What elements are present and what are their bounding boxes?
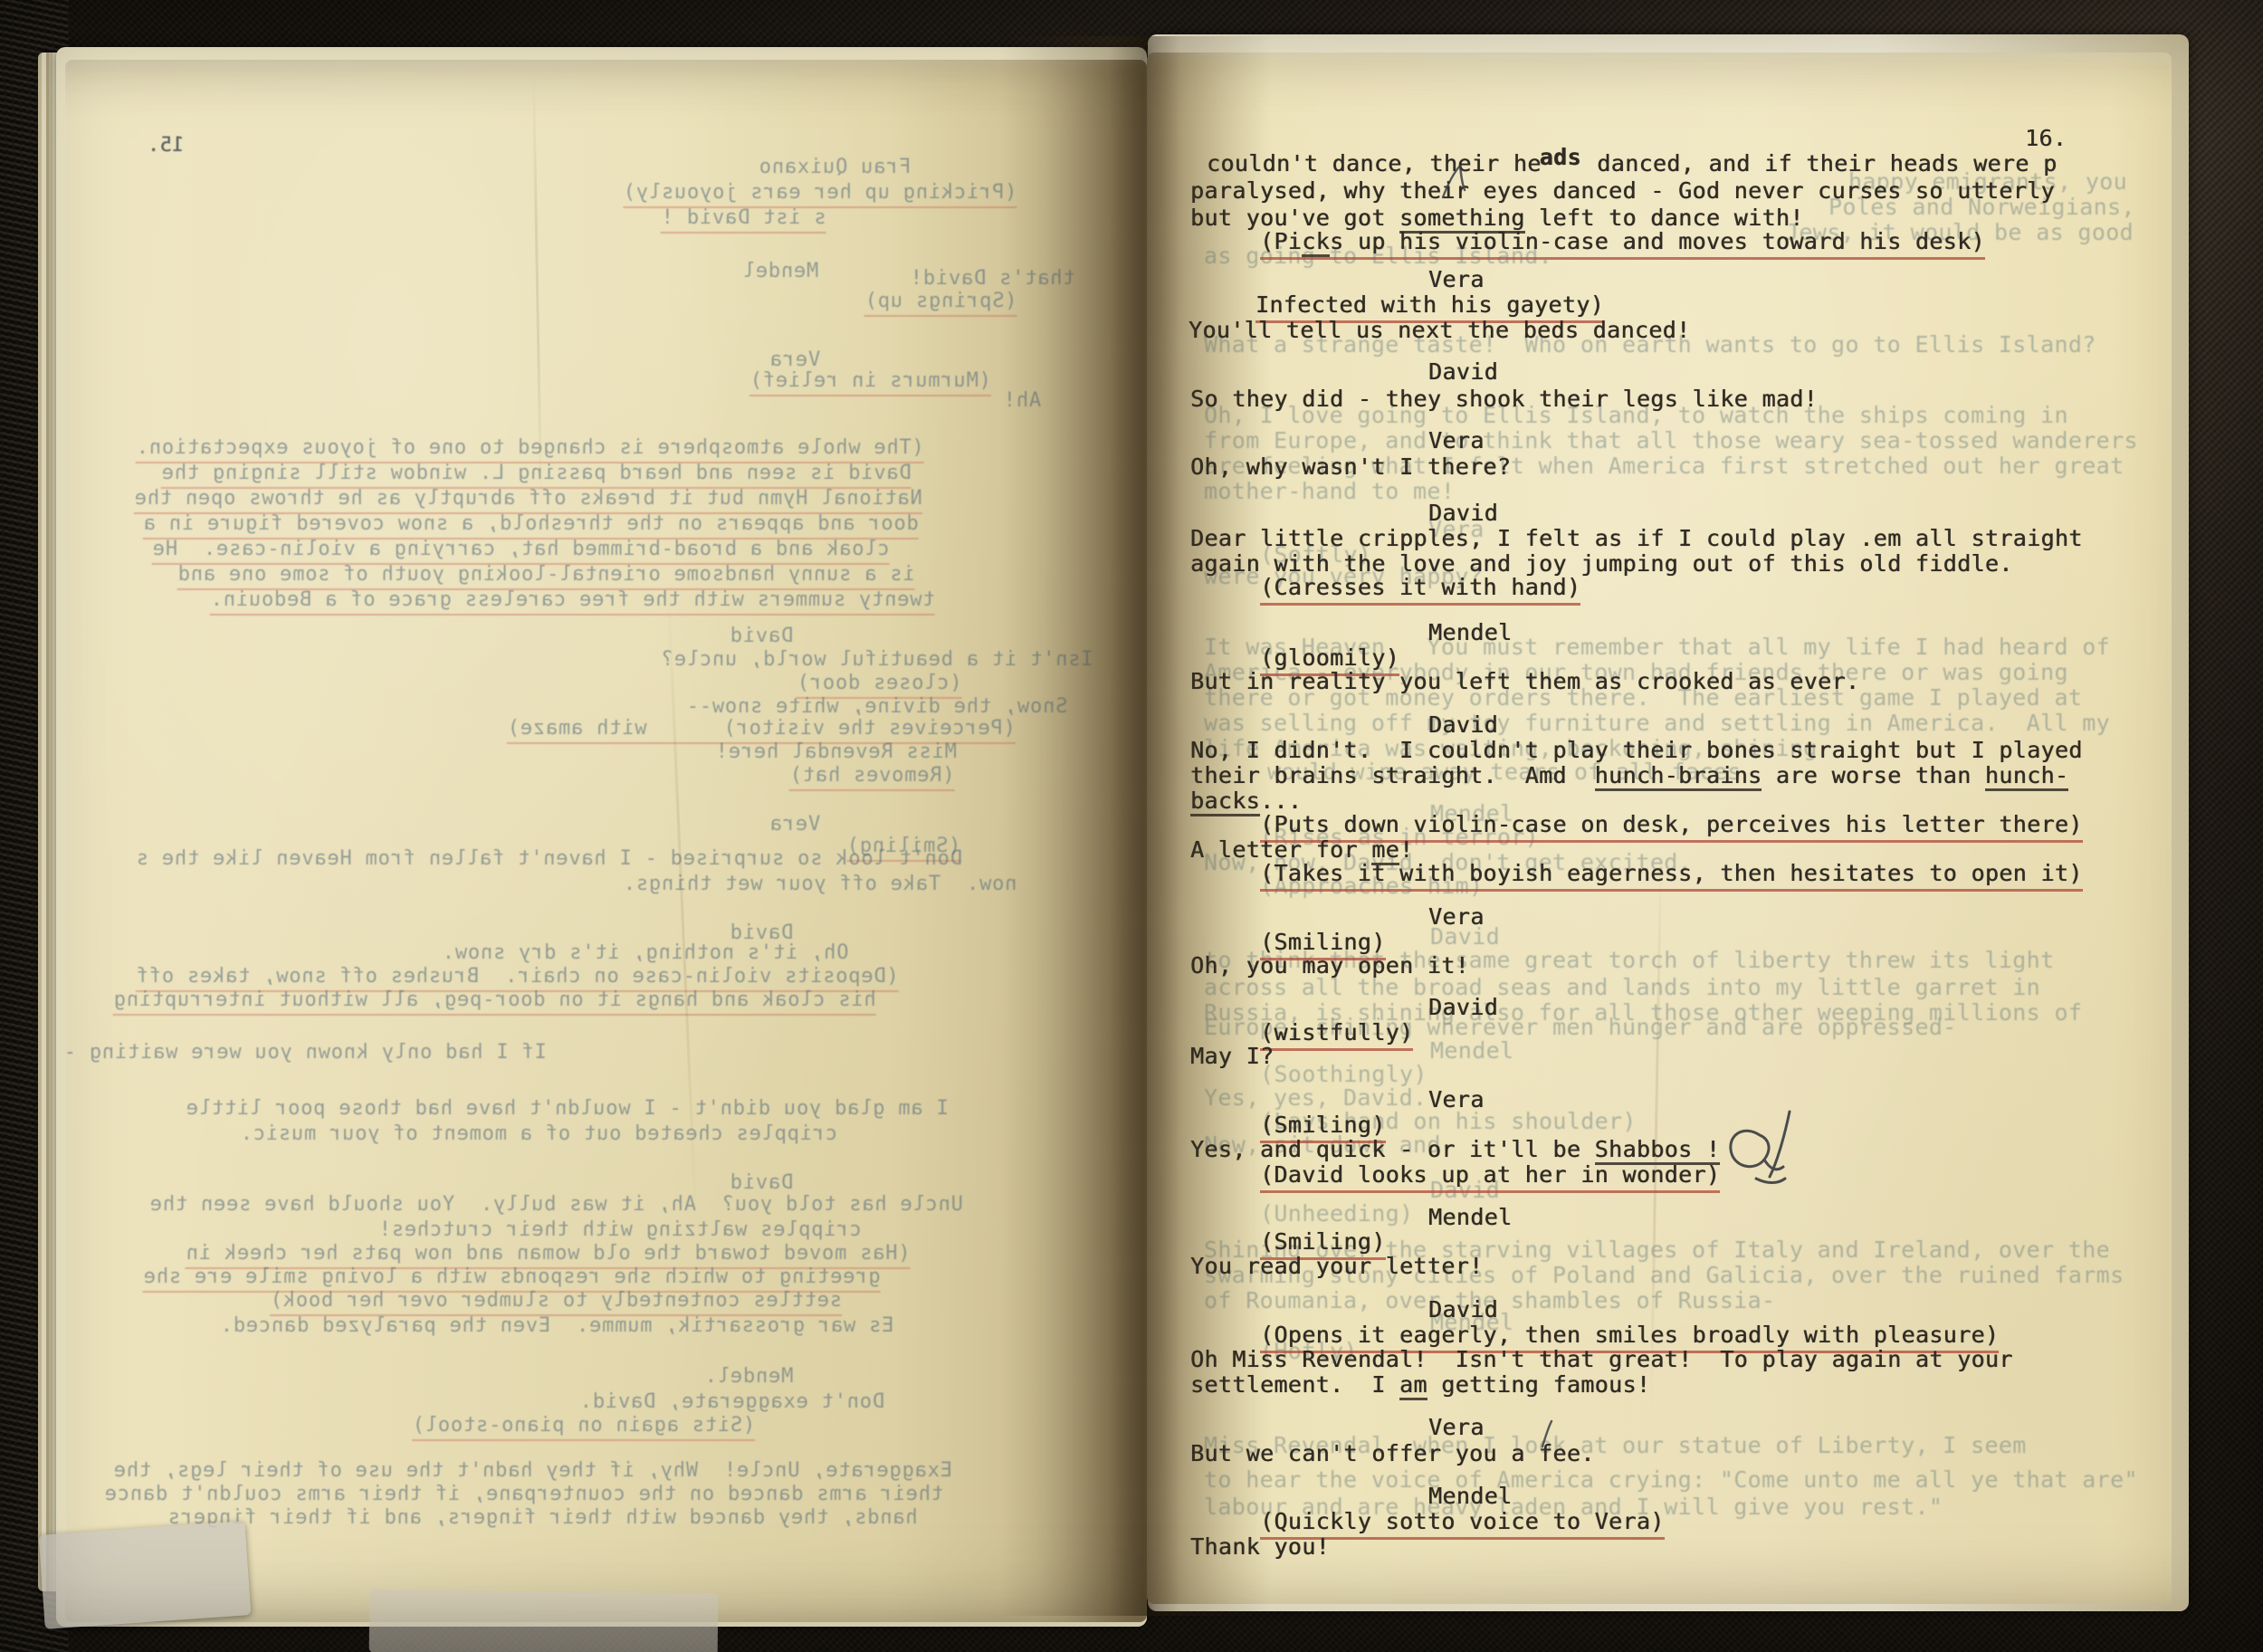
script-line: (David looks up at her in wonder) [1260,1161,1720,1193]
character-name: Vera [1428,1414,1485,1441]
bleedthrough-line: (The whole atmosphere is changed to one … [136,436,924,463]
tissue-paper-bottom-left [39,1521,252,1629]
script-line: settlement. I am getting famous! [1190,1371,1650,1399]
text-segment: getting famous! [1428,1371,1650,1398]
underlined-word: hunch-brains [1595,762,1762,791]
text-segment: their brains straight. Amd [1190,762,1595,788]
character-name: Vera [1428,903,1485,931]
bleedthrough-line: their arms danced on the counterpane, if… [104,1483,943,1506]
script-line: Oh, you may open it! [1190,952,1469,979]
tissue-paper-bottom-center [369,1590,719,1652]
bleedthrough-line: Don't exaggerate, David. [579,1390,884,1414]
character-name: Mendel [1428,1483,1512,1510]
text-segment: ! [1399,836,1413,863]
script-line: But we can't offer you a fee. [1190,1440,1595,1467]
bleedthrough-line: Uncle has told you? Ah, it was bully. Yo… [149,1193,963,1217]
text-segment: s up his violin-case and moves toward hi… [1330,228,1985,254]
character-name: David [1428,500,1498,527]
bleedthrough-line: Miss Revendal here! [715,740,957,764]
script-line: couldn't dance, their heads danced, and … [1207,150,2058,177]
bleedthrough-line: Ah! [1003,389,1041,413]
character-name: Vera [1428,1086,1485,1113]
right-page-number: 16. [2025,125,2067,151]
script-line: You'll tell us next the beds danced! [1189,317,1690,344]
bleedthrough-line: Don't look so surprised - I haven't fall… [136,847,962,871]
character-name: Mendel [1428,1204,1512,1231]
bleedthrough-line: cripples cheated out of a moment of your… [240,1122,837,1146]
text-segment: left to dance with! [1525,205,1804,231]
text-segment: danced, and if their heads were p [1583,150,2058,177]
bleedthrough-line: David [730,625,793,648]
script-line: (Caresses it with hand) [1260,574,1580,606]
bleedthrough-line: David [730,1171,793,1195]
text-segment: couldn't dance, their he [1207,150,1542,177]
bleedthrough-line: (Murmurs in relief) [750,369,991,396]
text-segment: Yes, and quick - or it'll be [1190,1136,1595,1162]
ghost-line: was selling off my toy furniture and set… [1204,710,2110,737]
script-line: (wistfully) [1260,1019,1413,1051]
bleedthrough-line: settles contentedly to slumber over her … [270,1289,842,1316]
bleedthrough-line: Oh, it's nothing, it's dry snow. [442,941,848,965]
bleedthrough-line: Mendel. [704,1365,793,1389]
text-segment: A letter for [1190,836,1371,863]
ghost-line: to hear the voice of America crying: "Co… [1204,1466,2138,1494]
script-line: May I? [1190,1043,1274,1070]
bleedthrough-line: National Hymn but it breaks off abruptly… [134,487,922,514]
ghost-line: Mendel [1430,1037,1513,1065]
script-line: You read your letter! [1190,1253,1483,1280]
bleedthrough-line: Exaggerate, Uncle! Why, if they hadn't t… [113,1459,952,1483]
book-photo: 15. 16. Frau Quixano(Pricking up her ear… [0,0,2263,1652]
bleedthrough-line: (Springs up) [864,290,1017,317]
bleedthrough-line: is a sunny handsome oriental-looking you… [177,563,915,590]
script-line: (Takes it with boyish eagerness, then he… [1260,860,2083,892]
bleedthrough-line: Snow, the divine, white snow-- [686,695,1067,719]
script-line: But in reality you left them as crooked … [1190,668,1859,695]
character-name: David [1428,1296,1498,1323]
character-name: Vera [1428,266,1485,293]
bleedthrough-line: Isn't it a beautiful world, uncle? [661,648,1093,672]
text-segment: (Pi [1260,228,1302,254]
bleedthrough-line: door and appears on the threshold, a sno… [143,512,919,540]
script-line: Yes, and quick - or it'll be Shabbos ! [1190,1136,1720,1163]
underlined-word: hunch- [1985,762,2068,791]
overtyped-word: ads [1540,144,1581,170]
script-line: paralysed, why their eyes danced - God n… [1190,177,2055,205]
underlined-word: am [1399,1371,1428,1400]
underlined-word: backs [1190,788,1260,816]
bleedthrough-line: that's David! [910,267,1075,291]
bleedthrough-line: Mendel [742,260,818,283]
bleedthrough-line: Frau Quixano [759,156,912,179]
bleedthrough-line: s ist David ! [661,206,826,234]
bleedthrough-line: (Sits again on piano-stool) [412,1414,755,1441]
bleedthrough-line: now. Take off your wet things. [623,873,1017,896]
bleedthrough-line: his cloak and hangs it on door-peg, all … [113,988,876,1016]
bleedthrough-line: cripples waltzing with their crutches! [378,1218,862,1242]
character-name: Vera [1428,427,1485,454]
text-segment: ... [1260,788,1302,814]
bleedthrough-line: Es war grossartik, mumme. Even the paral… [220,1314,893,1338]
bleedthrough-line: cloak and a broad-brimmed hat, carrying … [152,538,890,565]
character-name: David [1428,994,1498,1021]
bleedthrough-line: I am glad you didn't - I wouldn't have h… [186,1097,949,1121]
bleedthrough-line: Vera [769,813,820,836]
bleedthrough-line: hands, they danced with their fingers, a… [167,1506,918,1530]
text-segment: but you've got [1190,205,1399,231]
script-line: Dear little cripples, I felt as if I cou… [1190,525,2083,552]
script-line: No, I didn't. I couldn't play their bone… [1190,737,2083,764]
left-page-number: 15. [148,134,185,157]
bleedthrough-line: If I had only known you were waiting - [63,1041,547,1065]
text-segment: are worse than [1762,762,1984,788]
bleedthrough-line: twenty summers with the free careless gr… [210,588,935,616]
ghost-line: (Unheeding) [1260,1200,1413,1227]
bleedthrough-line: (Removes hat) [789,764,955,791]
character-name: David [1428,358,1498,386]
ghost-line: from Europe, and to think that all those… [1204,427,2138,454]
script-line: So they did - they shook their legs like… [1190,386,1818,413]
script-line: Oh, why wasn't I there? [1190,454,1511,481]
script-line: (Picks up his violin-case and moves towa… [1260,228,1985,260]
bleedthrough-line: David is seen and heard passing L. windo… [161,462,912,489]
script-line: Thank you! [1190,1533,1330,1561]
bleedthrough-line: (Pricking up her ears joyously) [623,181,1017,208]
text-segment: settlement. I [1190,1371,1399,1398]
ghost-line: mother-hand to me! [1204,478,1455,505]
script-line: their brains straight. Amd hunch-brains … [1190,762,2068,789]
underlined-word: ck [1302,228,1330,257]
script-line: Oh Miss Revendal! Isn't that great! To p… [1190,1346,2013,1373]
character-name: Mendel [1428,619,1512,646]
character-name: David [1428,711,1498,739]
